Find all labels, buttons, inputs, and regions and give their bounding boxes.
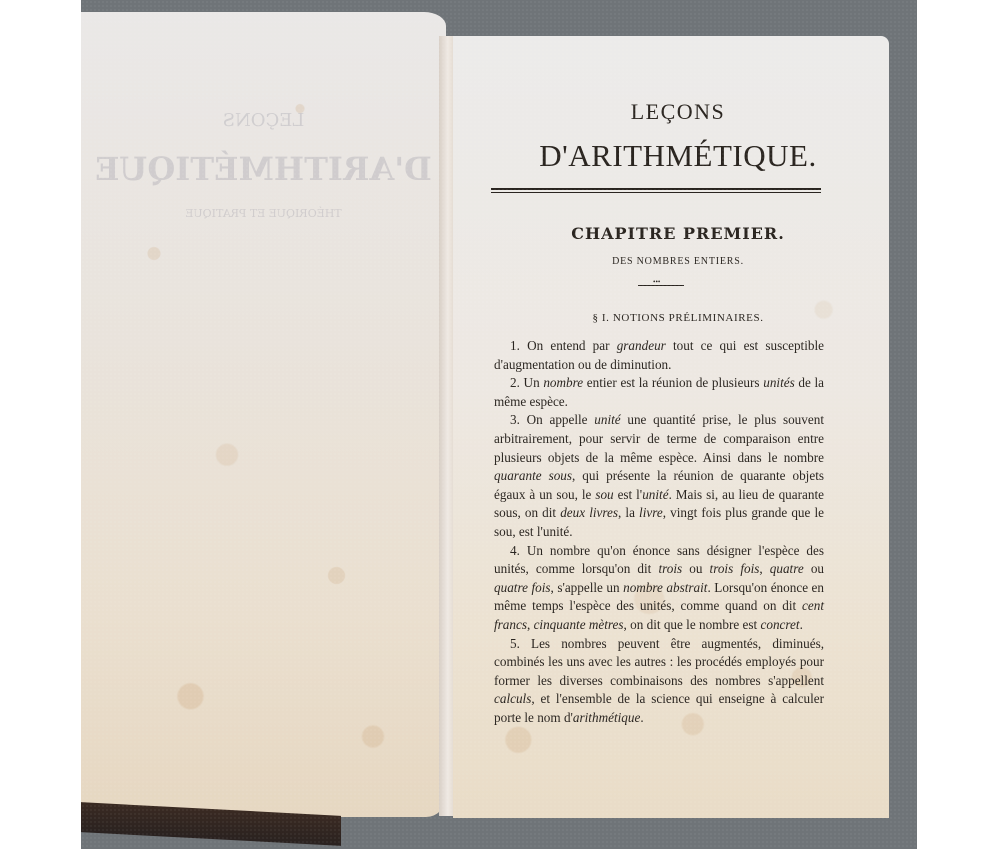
show-through-text: THÉORIQUE ET PRATIQUE <box>81 207 446 220</box>
paragraph-2: 2. Un nombre entier est la réunion de pl… <box>494 374 824 411</box>
section-heading: § I. NOTIONS PRÉLIMINAIRES. <box>498 312 858 324</box>
book-title-line1: LEÇONS <box>498 99 858 125</box>
book-cover-edge <box>81 802 341 846</box>
title-rule <box>491 188 821 193</box>
book-title-line2: D'ARITHMÉTIQUE. <box>498 138 858 174</box>
paragraph-3: 3. On appelle unité une quantité prise, … <box>494 411 824 541</box>
ornament-divider <box>638 285 684 288</box>
body-text: 1. On entend par grandeur tout ce qui es… <box>494 337 824 727</box>
left-page: LEÇONS D'ARITHMÉTIQUE THÉORIQUE ET PRATI… <box>81 12 446 817</box>
right-page: LEÇONS D'ARITHMÉTIQUE. CHAPITRE PREMIER.… <box>453 36 889 818</box>
paragraph-1: 1. On entend par grandeur tout ce qui es… <box>494 337 824 374</box>
chapter-heading: CHAPITRE PREMIER. <box>498 224 858 243</box>
chapter-subtitle: DES NOMBRES ENTIERS. <box>498 256 858 267</box>
show-through-text: LEÇONS <box>81 110 446 131</box>
show-through-text: D'ARITHMÉTIQUE <box>81 150 446 188</box>
paragraph-5: 5. Les nombres peuvent être augmentés, d… <box>494 635 824 728</box>
book-photo: LEÇONS D'ARITHMÉTIQUE THÉORIQUE ET PRATI… <box>81 0 917 849</box>
paragraph-4: 4. Un nombre qu'on énonce sans désigner … <box>494 542 824 635</box>
